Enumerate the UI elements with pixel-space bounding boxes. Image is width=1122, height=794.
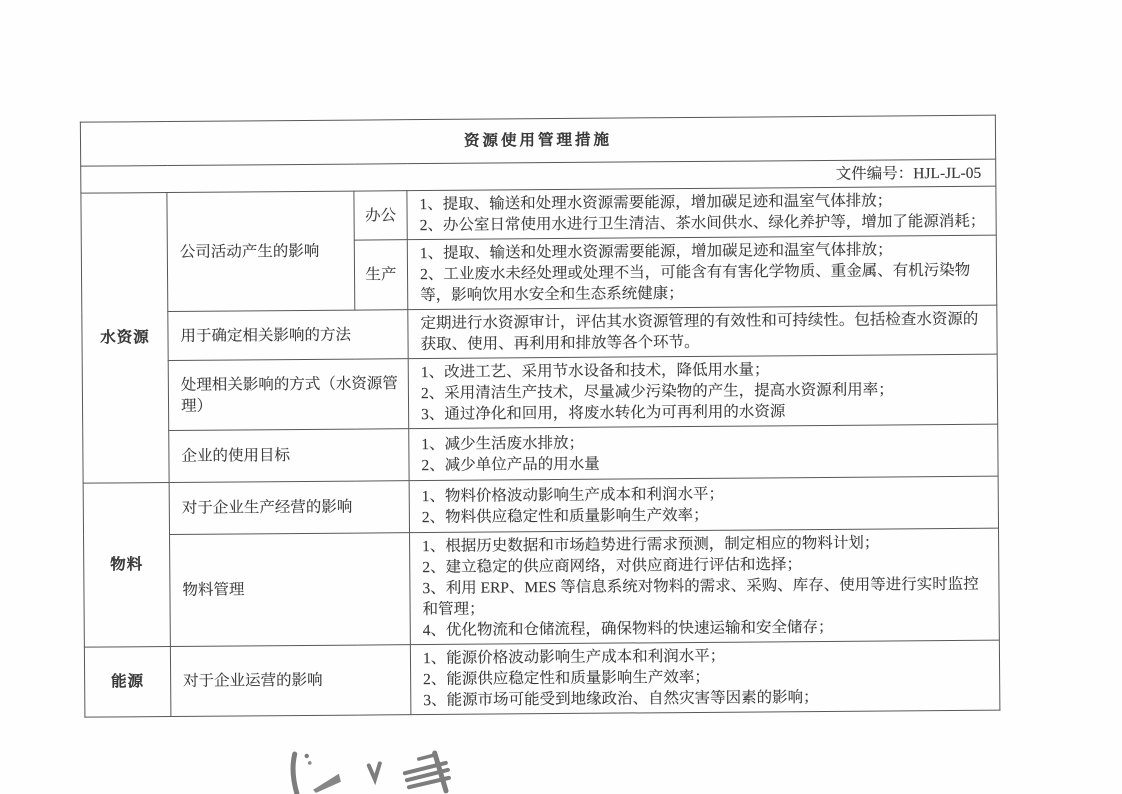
content-office-impact: 1、提取、输送和处理水资源需要能源，增加碳足迹和温室气体排放； 2、办公室日常使… [407, 186, 996, 240]
category-water-resources: 水资源 [81, 193, 169, 484]
aspect-enterprise-operation-impact: 对于企业运营的影响 [170, 645, 411, 717]
content-energy-impact: 1、能源价格波动影响生产成本和利润水平； 2、能源供应稳定性和质量影响生产效率；… [410, 640, 1000, 715]
aspect-business-operation-impact: 对于企业生产经营的影响 [169, 481, 409, 535]
handwritten-marks [283, 749, 463, 794]
content-production-impact: 1、提取、输送和处理水资源需要能源，增加碳足迹和温室气体排放； 2、工业废水未经… [407, 235, 997, 310]
aspect-material-management: 物料管理 [170, 533, 411, 647]
category-materials: 物料 [83, 483, 170, 648]
aspect-company-activity-impact: 公司活动产生的影响 [167, 191, 355, 311]
aspect-handling-method-water-management: 处理相关影响的方式（水资源管理） [168, 359, 409, 431]
content-water-audit: 定期进行水资源审计，评估其水资源管理的有效性和可持续性。包括检查水资源的获取、使… [408, 305, 997, 359]
content-material-management: 1、根据历史数据和市场趋势进行需求预测，制定相应的物料计划； 2、建立稳定的供应… [410, 528, 1000, 645]
sub-office: 办公 [354, 191, 407, 240]
content-usage-target: 1、减少生活废水排放； 2、减少单位产品的用水量 [409, 424, 998, 481]
content-material-impact: 1、物料价格波动影响生产成本和利润水平； 2、物料供应稳定性和质量影响生产效率； [409, 476, 998, 533]
category-energy: 能源 [84, 647, 171, 718]
scanned-page: 资源使用管理措施 文件编号：HJL-JL-05 水资源 公司活动产生的影响 办公… [0, 0, 1122, 794]
aspect-method-to-determine-impact: 用于确定相关影响的方法 [168, 310, 408, 361]
aspect-usage-target: 企业的使用目标 [169, 429, 409, 483]
page-title: 资源使用管理措施 [80, 115, 995, 166]
resource-management-table: 资源使用管理措施 文件编号：HJL-JL-05 水资源 公司活动产生的影响 办公… [80, 115, 1001, 718]
content-water-management: 1、改进工艺、采用节水设备和技术，降低用水量； 2、采用清洁生产技术，尽量减少污… [408, 354, 998, 429]
sub-production: 生产 [354, 240, 408, 310]
